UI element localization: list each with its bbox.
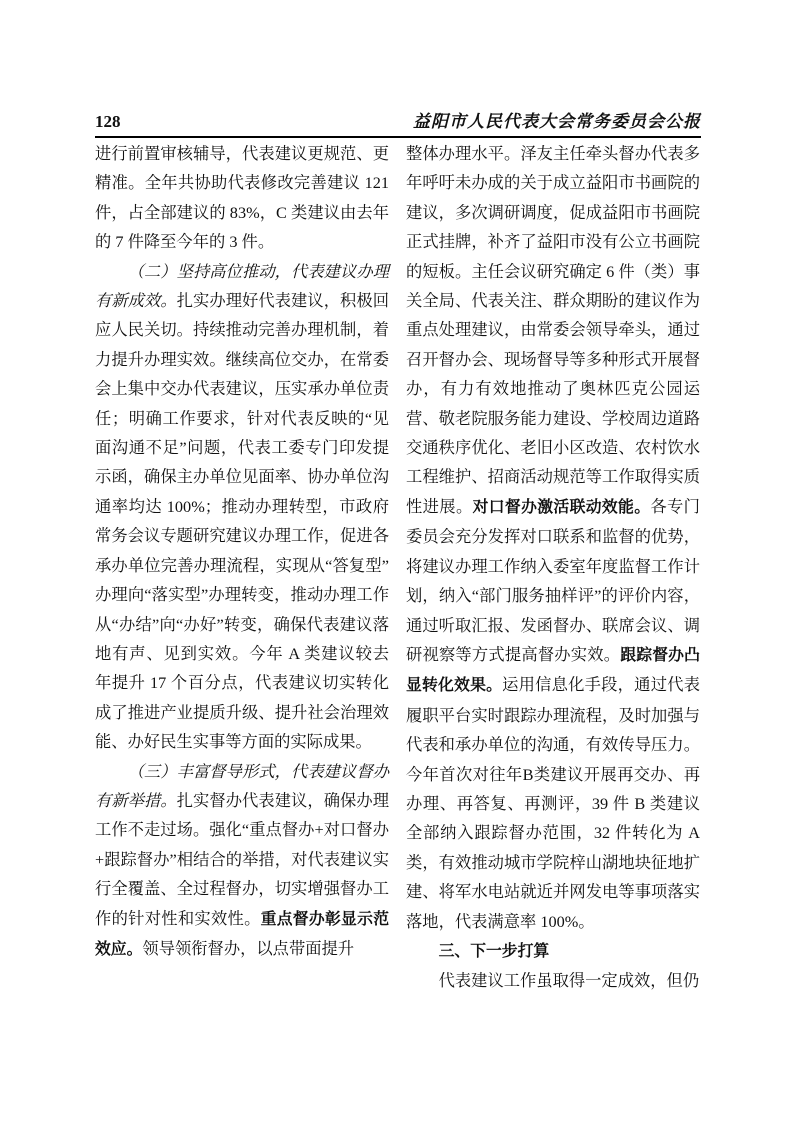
paragraph-continuation-from-left-column: 整体办理水平。泽友主任牵头督办代表多年呼吁未办成的关于成立益阳市书画院的建议，多… [406,139,700,936]
text-run-normal: 扎实办理好代表建议，积极回应人民关切。持续推动完善办理机制，着力提升办理实效。继… [95,291,389,751]
paragraph-section-three: （三）丰富督导形式，代表建议督办有新举措。扎实督办代表建议，确保办理工作不走过场… [95,757,389,965]
page-header: 128 益阳市人民代表大会常务委员会公报 [95,107,701,138]
page-number: 128 [95,112,121,132]
text-run-normal: 代表建议工作虽取得一定成效，但仍 [439,971,700,990]
paragraph-next-steps: 代表建议工作虽取得一定成效，但仍 [406,966,700,995]
text-run-bold: 三、下一步打算 [439,943,550,960]
text-run-normal: 扎实督办代表建议，确保办理工作不走过场。强化“重点督办+对口督办+跟踪督办”相结… [95,791,389,928]
heading-section-three: 三、下一步打算 [406,936,700,966]
text-run-bold: 对口督办激活联动效能。 [473,499,651,516]
text-run-normal: 领导领衔督办，以点带面提升 [142,939,354,958]
paragraph-continuation-from-previous-page: 进行前置审核辅导，代表建议更规范、更精准。全年共协助代表修改完善建议 121 件… [95,139,389,257]
text-run-normal: 各专门委员会充分发挥对口联系和监督的优势，将建议办理工作纳入委室年度监督工作计划… [406,497,700,664]
header-title: 益阳市人民代表大会常务委员会公报 [413,107,701,132]
paragraph-section-two: （二）坚持高位推动，代表建议办理有新成效。扎实办理好代表建议，积极回应人民关切。… [95,257,389,757]
text-run-normal: 整体办理水平。泽友主任牵头督办代表多年呼吁未办成的关于成立益阳市书画院的建议，多… [406,144,700,516]
text-run-normal: 进行前置审核辅导，代表建议更规范、更精准。全年共协助代表修改完善建议 121 件… [95,144,389,251]
document-page: 128 益阳市人民代表大会常务委员会公报 进行前置审核辅导，代表建议更规范、更精… [0,0,794,1122]
body-text: 进行前置审核辅导，代表建议更规范、更精准。全年共协助代表修改完善建议 121 件… [95,139,701,996]
text-run-normal: 运用信息化手段，通过代表履职平台实时跟踪办理流程，及时加强与代表和承办单位的沟通… [406,675,700,930]
column-right: 整体办理水平。泽友主任牵头督办代表多年呼吁未办成的关于成立益阳市书画院的建议，多… [406,139,700,996]
column-left: 进行前置审核辅导，代表建议更规范、更精准。全年共协助代表修改完善建议 121 件… [95,139,389,996]
